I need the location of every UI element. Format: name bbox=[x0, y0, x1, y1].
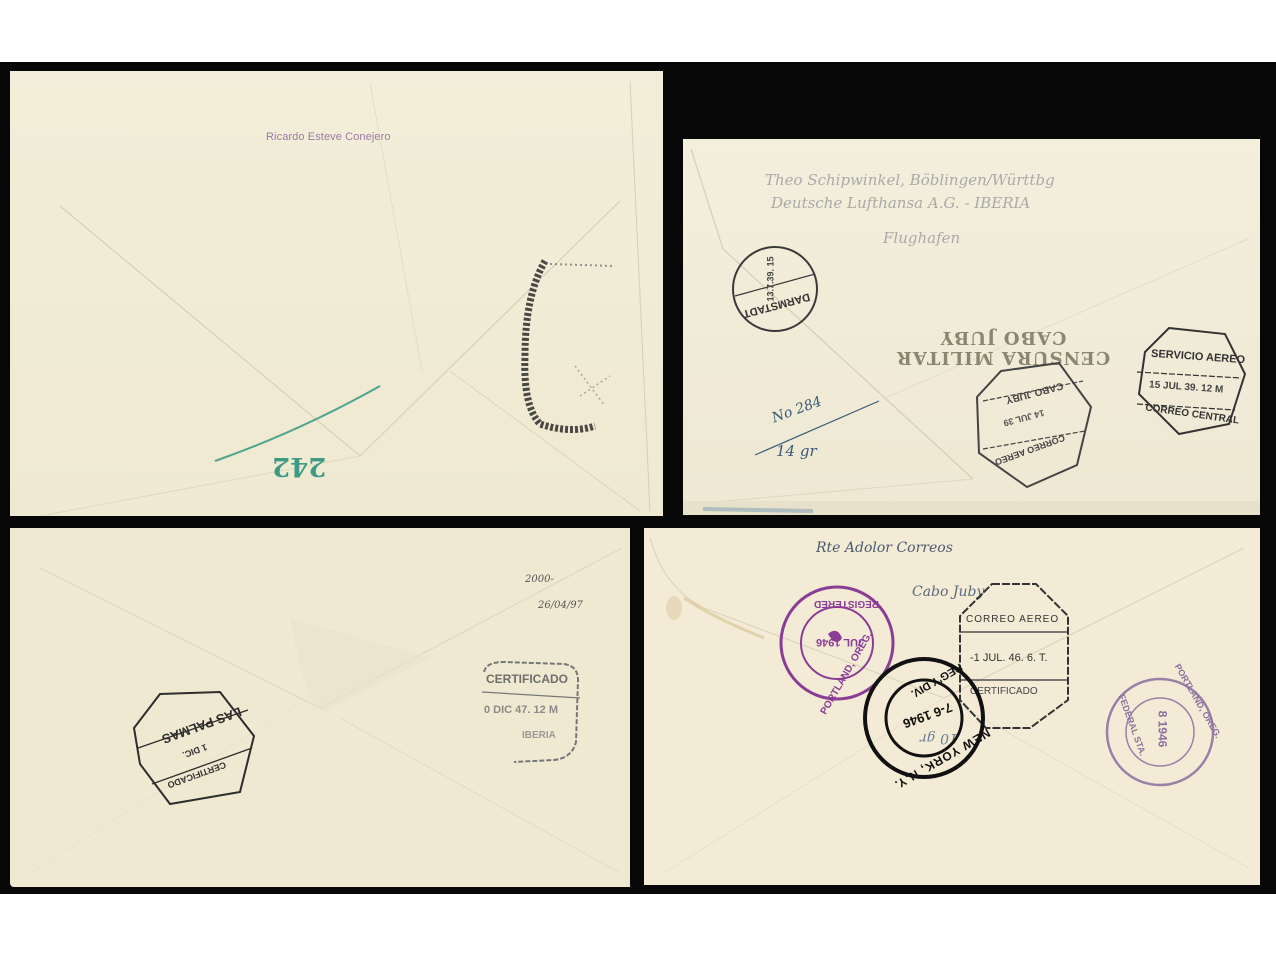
sender-imprint: Ricardo Esteve Conejero bbox=[266, 131, 391, 143]
pencil-address-line-3: Flughafen bbox=[883, 229, 960, 247]
postmark-servicio-aereo: SERVICIO AEREO 15 JUL 39. 12 M CORREO CE… bbox=[1131, 324, 1247, 436]
postmark-new-york: NEW YORK, N.Y. REG'Y DIV. 7-6 1946 bbox=[862, 656, 986, 780]
postmark-cabo-juby: CABO JUBY 14 JUL 39 CORREO AEREO bbox=[973, 361, 1093, 489]
pencil-note-price: 2000- bbox=[525, 574, 554, 585]
envelope-top-right: Theo Schipwinkel, Böblingen/Württbg Deut… bbox=[683, 139, 1260, 515]
pencil-note-date: 26/04/97 bbox=[538, 600, 583, 611]
postmark-las-palmas: LAS PALMAS 1 DIC. CERTIFICADO bbox=[130, 688, 260, 806]
pencil-address-line-2: Deutsche Lufthansa A.G. - IBERIA bbox=[771, 194, 1030, 212]
manuscript-number: 242 bbox=[272, 451, 326, 481]
postmark-portland-federal: PORTLAND, OREG. FEDERAL STA. 8 1946 bbox=[1104, 676, 1216, 788]
censor-line-2: CABO JUBY bbox=[853, 327, 1153, 347]
pencil-address-line-1: Theo Schipwinkel, Böblingen/Württbg bbox=[765, 171, 1055, 189]
manuscript-weight: 14 gr bbox=[776, 442, 817, 460]
smudged-postmark bbox=[515, 256, 625, 436]
postmark-darmstadt: DARMSTADT 13.7.39. 15 bbox=[730, 244, 820, 334]
manuscript-line-1: Rte Adolor Correos bbox=[816, 540, 953, 556]
envelope-bottom-right: Rte Adolor Correos Cabo Juby 10 gr REGIS… bbox=[644, 528, 1260, 885]
postmark-certificado: CERTIFICADO 0 DIC 47. 12 M IBERIA bbox=[474, 658, 586, 766]
envelope-top-left: Ricardo Esteve Conejero 242 bbox=[10, 71, 663, 516]
envelope-bottom-left: 2000- 26/04/97 LAS PALMAS 1 DIC. CERTIFI… bbox=[10, 528, 630, 887]
